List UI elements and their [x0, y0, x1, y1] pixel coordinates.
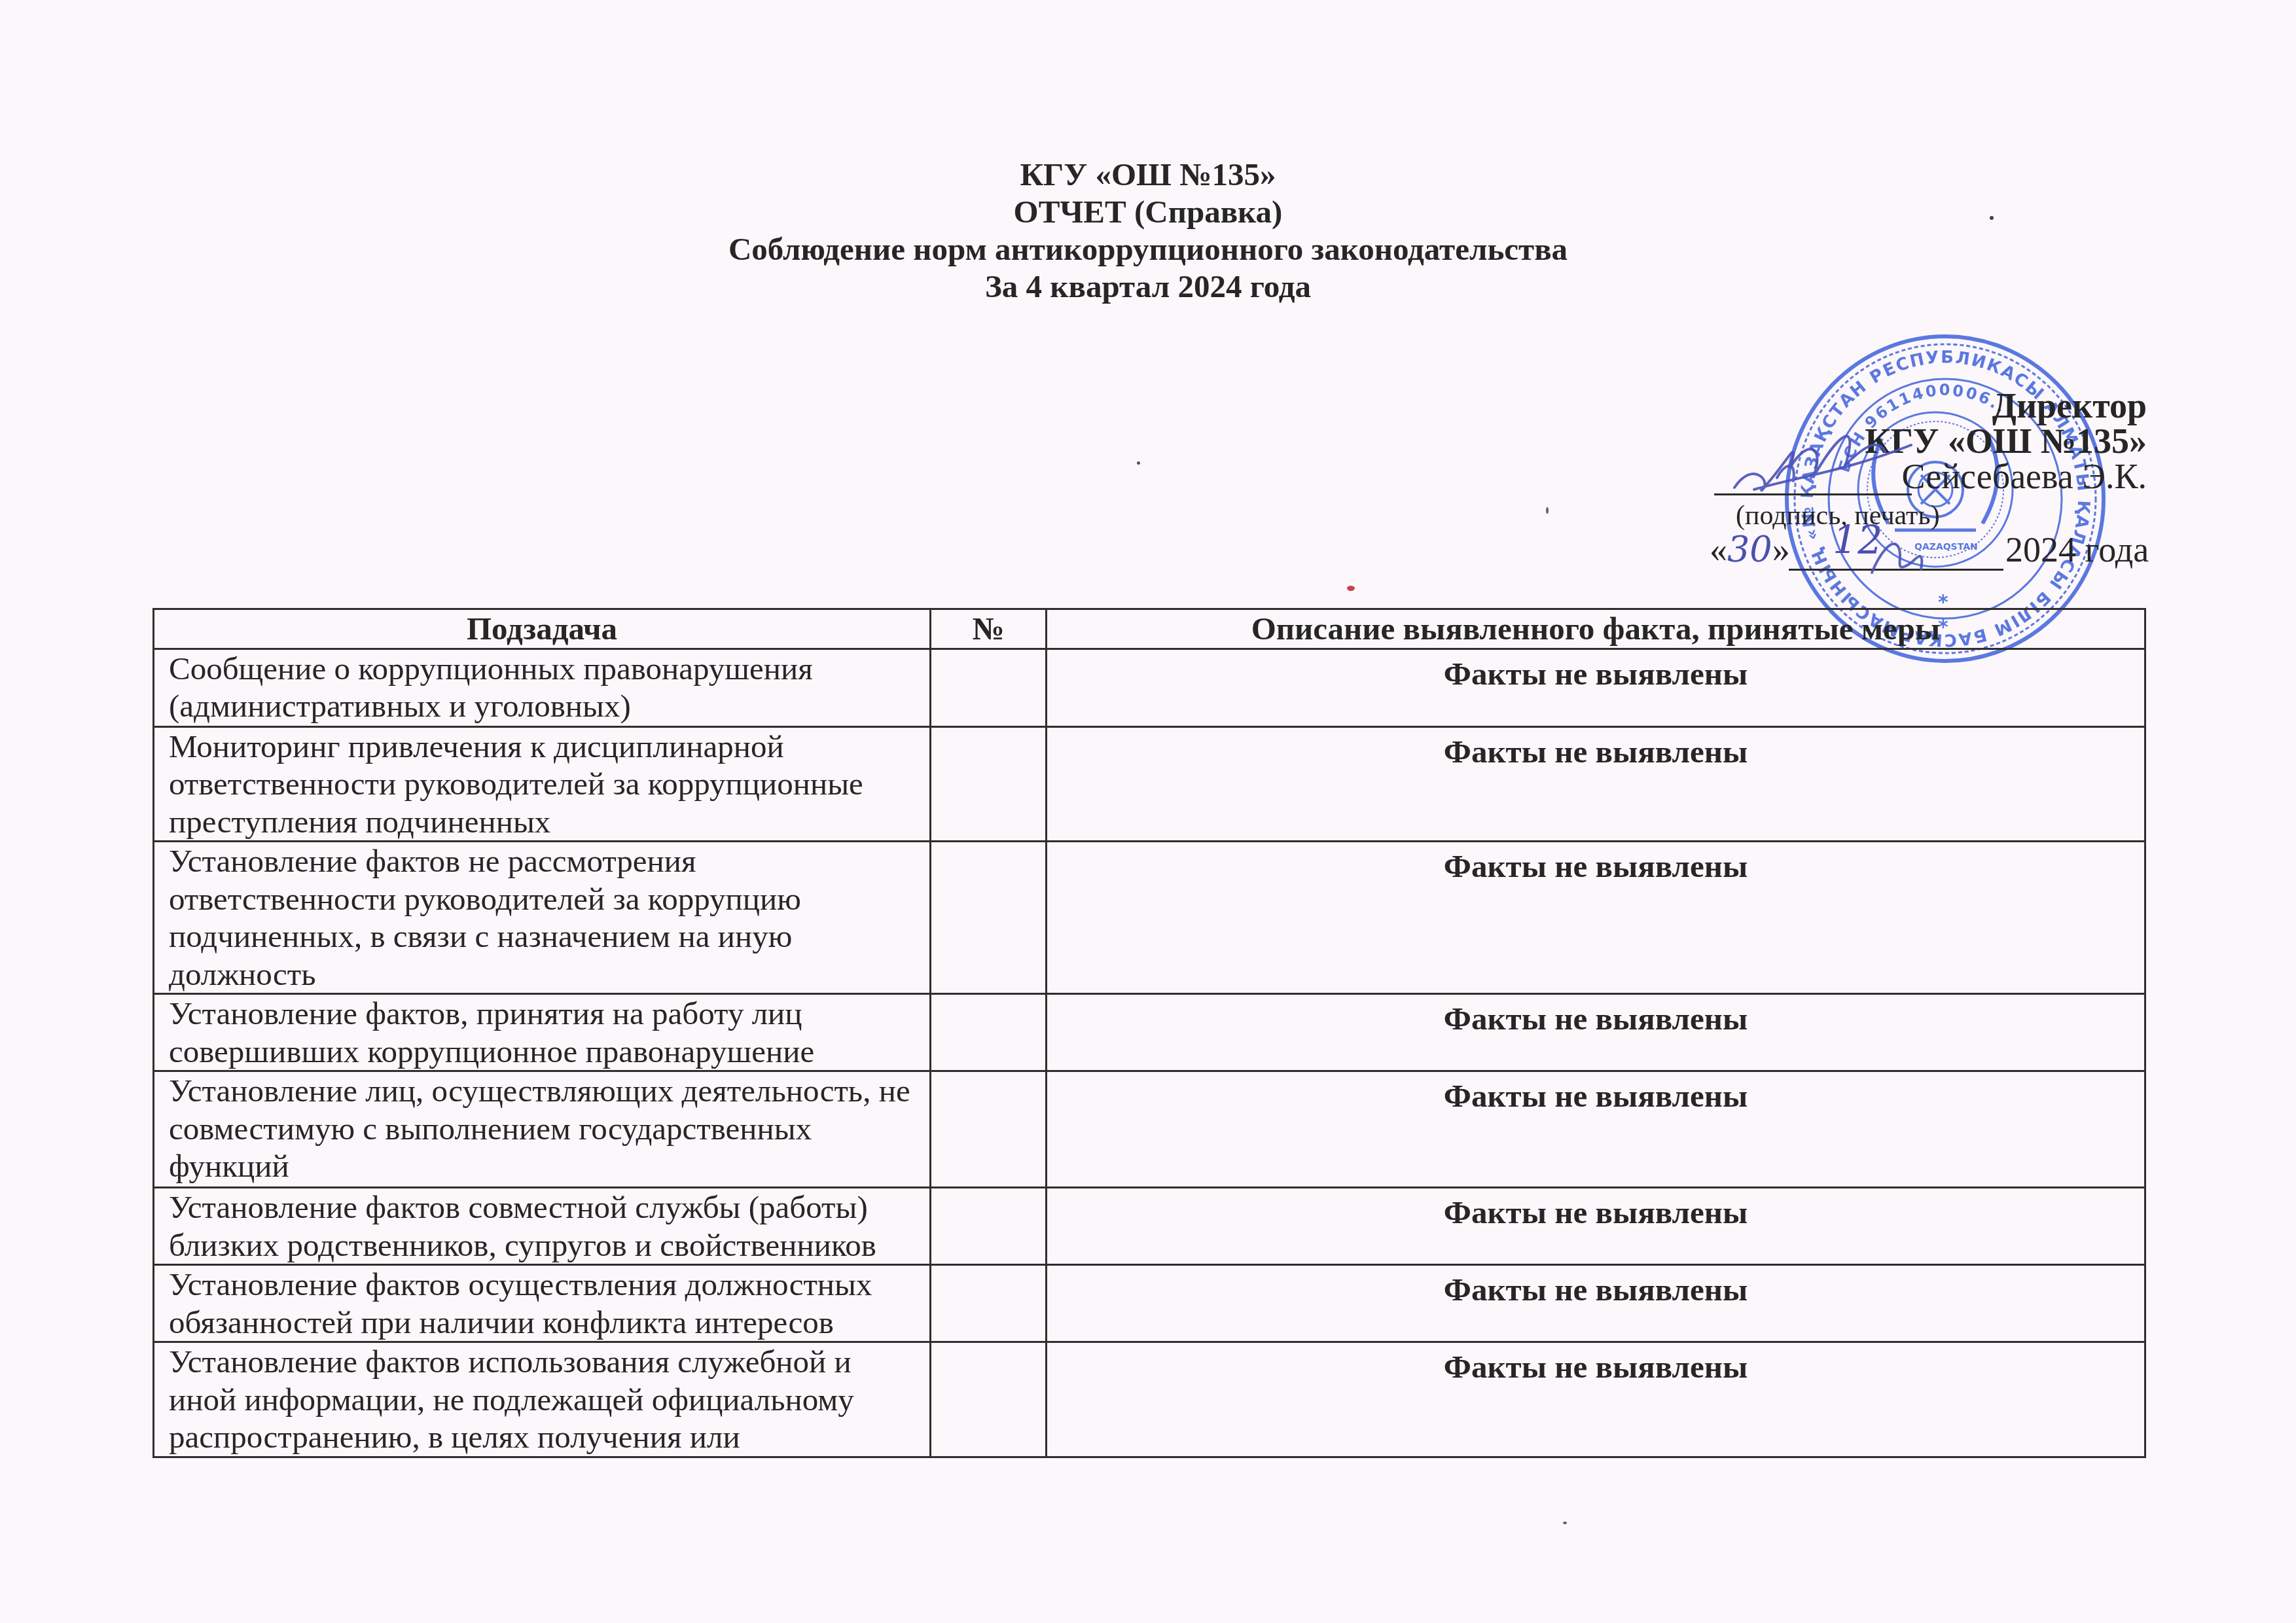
number-cell	[931, 1342, 1047, 1457]
subtask-cell: Установление фактов совместной службы (р…	[154, 1188, 931, 1265]
description-cell: Факты не выявлены	[1047, 726, 2145, 842]
description-cell: Факты не выявлены	[1047, 994, 2145, 1071]
date-month-line	[1789, 569, 2003, 571]
table-row: Установление лиц, осуществляющих деятель…	[154, 1071, 2145, 1188]
approval-date-year: 2024 года	[2005, 531, 2149, 568]
scan-speck	[1563, 1522, 1567, 1524]
table-row: Установление фактов, принятия на работу …	[154, 994, 2145, 1071]
description-cell: Факты не выявлены	[1047, 1265, 2145, 1342]
column-header-description: Описание выявленного факта, принятые мер…	[1047, 609, 2145, 649]
approval-date-day: «30»	[1710, 531, 1790, 568]
subtask-cell: Мониторинг привлечения к дисциплинарной …	[154, 726, 931, 842]
organization-title: КГУ «ОШ №135»	[0, 156, 2296, 193]
report-period: За 4 квартал 2024 года	[0, 268, 2296, 305]
table-row: Установление фактов совместной службы (р…	[154, 1188, 2145, 1265]
description-cell: Факты не выявлены	[1047, 1188, 2145, 1265]
subtask-cell: Установление лиц, осуществляющих деятель…	[154, 1071, 931, 1188]
table-row: Установление фактов не рассмотрения отве…	[154, 842, 2145, 994]
subtask-cell: Сообщение о коррупционных правонарушения…	[154, 649, 931, 726]
number-cell	[931, 1265, 1047, 1342]
number-cell	[931, 726, 1047, 842]
table-row: Мониторинг привлечения к дисциплинарной …	[154, 726, 2145, 842]
column-header-number: №	[931, 609, 1047, 649]
scan-speck	[1546, 507, 1549, 514]
table-row: Установление фактов использования служеб…	[154, 1342, 2145, 1457]
column-header-subtask: Подзадача	[154, 609, 931, 649]
number-cell	[931, 994, 1047, 1071]
approver-organization: КГУ «ОШ №135»	[1865, 423, 2147, 459]
table-row: Установление фактов осуществления должно…	[154, 1265, 2145, 1342]
svg-text:QAZAQSTAN: QAZAQSTAN	[1914, 542, 1978, 552]
subtask-cell: Установление фактов, принятия на работу …	[154, 994, 931, 1071]
description-cell: Факты не выявлены	[1047, 1071, 2145, 1188]
signature-line	[1714, 493, 1912, 495]
table-row: Сообщение о коррупционных правонарушения…	[154, 649, 2145, 726]
subtask-cell: Установление фактов не рассмотрения отве…	[154, 842, 931, 994]
number-cell	[931, 1188, 1047, 1265]
document-type: ОТЧЕТ (Справка)	[0, 193, 2296, 230]
approver-position: Директор	[1992, 387, 2147, 424]
subtask-cell: Установление фактов осуществления должно…	[154, 1265, 931, 1342]
number-cell	[931, 842, 1047, 994]
number-cell	[931, 1071, 1047, 1188]
description-cell: Факты не выявлены	[1047, 1342, 2145, 1457]
anticorruption-report-table: Подзадача № Описание выявленного факта, …	[152, 608, 2146, 1458]
handwritten-month: 12	[1833, 522, 1882, 559]
handwritten-day: 30	[1727, 529, 1772, 570]
document-subject: Соблюдение норм антикоррупционного закон…	[0, 230, 2296, 268]
document-title-block: КГУ «ОШ №135» ОТЧЕТ (Справка) Соблюдение…	[0, 156, 2296, 305]
description-cell: Факты не выявлены	[1047, 649, 2145, 726]
scan-speck	[1990, 216, 1994, 220]
table-header-row: Подзадача № Описание выявленного факта, …	[154, 609, 2145, 649]
subtask-cell: Установление фактов использования служеб…	[154, 1342, 931, 1457]
scan-speck	[1347, 586, 1355, 591]
scan-speck	[1137, 461, 1140, 465]
description-cell: Факты не выявлены	[1047, 842, 2145, 994]
number-cell	[931, 649, 1047, 726]
approver-name: Сейсебаева Э.К.	[1902, 458, 2147, 495]
